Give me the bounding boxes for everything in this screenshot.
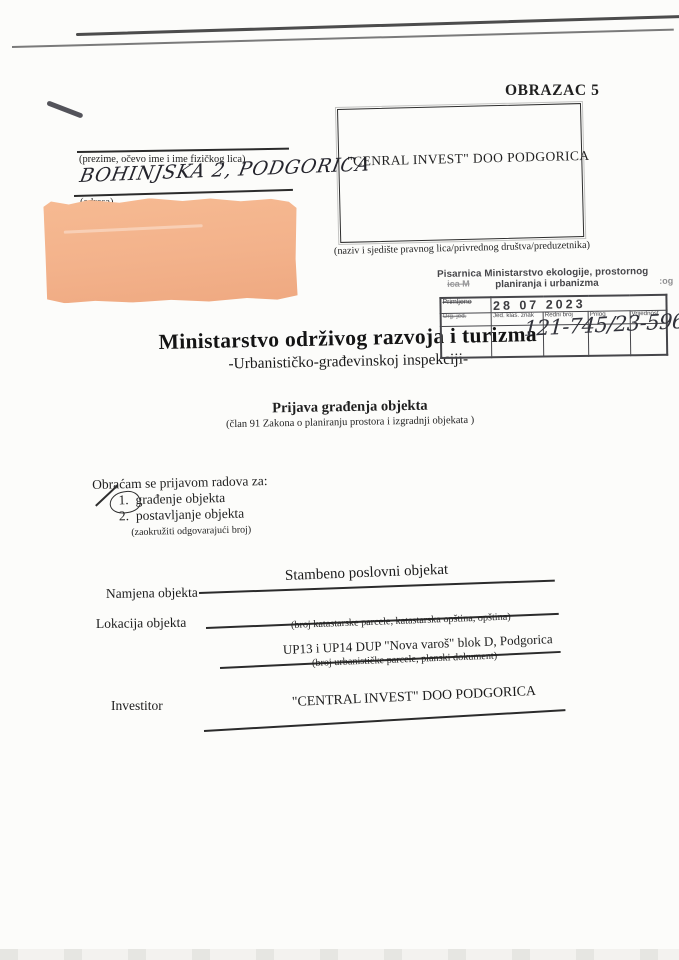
field-investor-label: Investitor — [111, 698, 163, 714]
scan-bottom-edge — [0, 949, 679, 960]
field-investor-value: "CENTRAL INVEST" DOO PODGORICA — [292, 683, 537, 710]
request-note: (zaokružiti odgovarajući broj) — [131, 522, 269, 541]
request-option-2: 2.postavljanje objekta — [119, 505, 269, 524]
address-underline — [74, 189, 293, 197]
scan-artifact-line-thick — [76, 15, 679, 36]
option-2-label: postavljanje objekta — [136, 506, 245, 523]
field-location-caption-1: (broj katastarske parcele, katastarska o… — [291, 612, 511, 631]
field-location-label: Lokacija objekta — [96, 615, 187, 632]
name-underline — [77, 148, 289, 153]
request-block: Obraćam se prijavom radova za: 1.građenj… — [92, 473, 269, 542]
stamp-col-org-jed: Org. jed. — [441, 313, 492, 327]
field-investor-underline — [204, 709, 565, 731]
stamp-ghost-text-left: ica M — [447, 279, 470, 289]
stamp-received-label: Primljeno — [440, 297, 491, 313]
pen-mark — [46, 100, 83, 118]
field-purpose-underline — [199, 580, 555, 594]
company-name-box: "CENRAL INVEST" DOO PODGORICA — [337, 103, 584, 243]
stamp-office-line2: planiranja i urbanizma — [495, 277, 677, 291]
option-1-label: građenje objekta — [135, 490, 225, 507]
company-box-caption: (naziv i sjedište pravnog lica/privredno… — [334, 240, 590, 257]
form-heading: Prijava građenja objekta (član 91 Zakona… — [40, 394, 660, 434]
stamp-ghost-text-right: :og — [659, 276, 673, 286]
company-name-text: "CENRAL INVEST" DOO PODGORICA — [347, 148, 590, 170]
registry-stamp: Pisarnica Ministarstvo ekologije, prosto… — [437, 266, 677, 291]
scanned-document-page: OBRAZAC 5 (prezime, očevo ime i ime fizi… — [0, 0, 679, 960]
redaction-sticker — [43, 196, 297, 303]
form-code-label: OBRAZAC 5 — [505, 82, 600, 100]
field-purpose-value: Stambeno poslovni objekat — [285, 562, 449, 585]
field-purpose-label: Namjena objekta — [106, 585, 198, 602]
stamp-cell-empty-1 — [441, 326, 492, 358]
